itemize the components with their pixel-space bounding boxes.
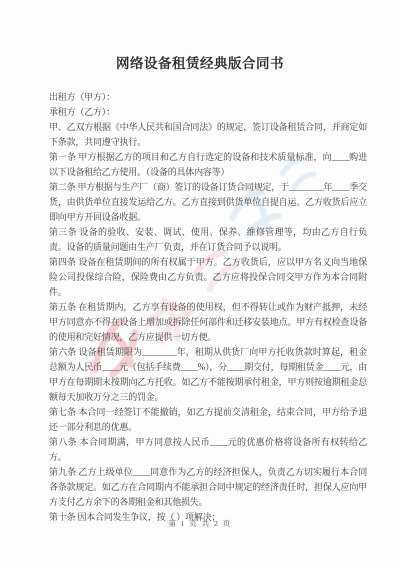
clause-5: 第五条 在租赁期内，乙方享有设备的使用权，但不得转让或作为财产抵押，未经甲方同意… [49,300,367,345]
document-title: 网络设备租赁经典版合同书 [0,52,400,72]
lessor-line: 出租方（甲方）： [49,90,367,105]
clause-6: 第六条 设备租赁期限为________年，租期从供货厂向甲方托收货款时算起，租金… [49,345,367,405]
clause-1: 第一条 甲方根据乙方的项目和乙方自行选定的设备和技术质量标准，向____购进以下… [49,150,367,180]
preamble: 甲、乙双方根据《中华人民共和国合同法》的规定，签订设备租赁合同，并商定如下条款，… [49,120,367,150]
clause-9: 第九条 乙方上级单位____同意作为乙方的经济担保人，负责乙方切实履行本合同各条… [49,465,367,510]
clause-4: 第四条 设备在租赁期间的所有权属于甲方。乙方收货后，应以甲方名义向当地保险公司投… [49,255,367,300]
clause-2: 第二条 甲方根据与生产厂（商）签订的设备订货合同规定，于________年___… [49,180,367,225]
lessee-line: 承租方（乙方）： [49,105,367,120]
contract-body: 出租方（甲方）： 承租方（乙方）： 甲、乙双方根据《中华人民共和国合同法》的规定… [49,90,367,525]
contract-page: 网络设备租赁经典版合同书 出租方（甲方）： 承租方（乙方）： 甲、乙双方根据《中… [0,0,400,565]
page-number: 第 1 页 共 2 页 [0,518,400,529]
clause-3: 第三条 设备的验收、安装、调试、使用、保养、维修管理等，均由乙方自行负责。设备的… [49,225,367,255]
clause-7: 第七条 本合同一经签订不能撤销，如乙方提前交清租金，结束合同，甲方给予退还一部分… [49,405,367,435]
clause-8: 第八条 本合同期满，甲方同意按人民币____元的优惠价格将设备所有权转给乙方。 [49,435,367,465]
